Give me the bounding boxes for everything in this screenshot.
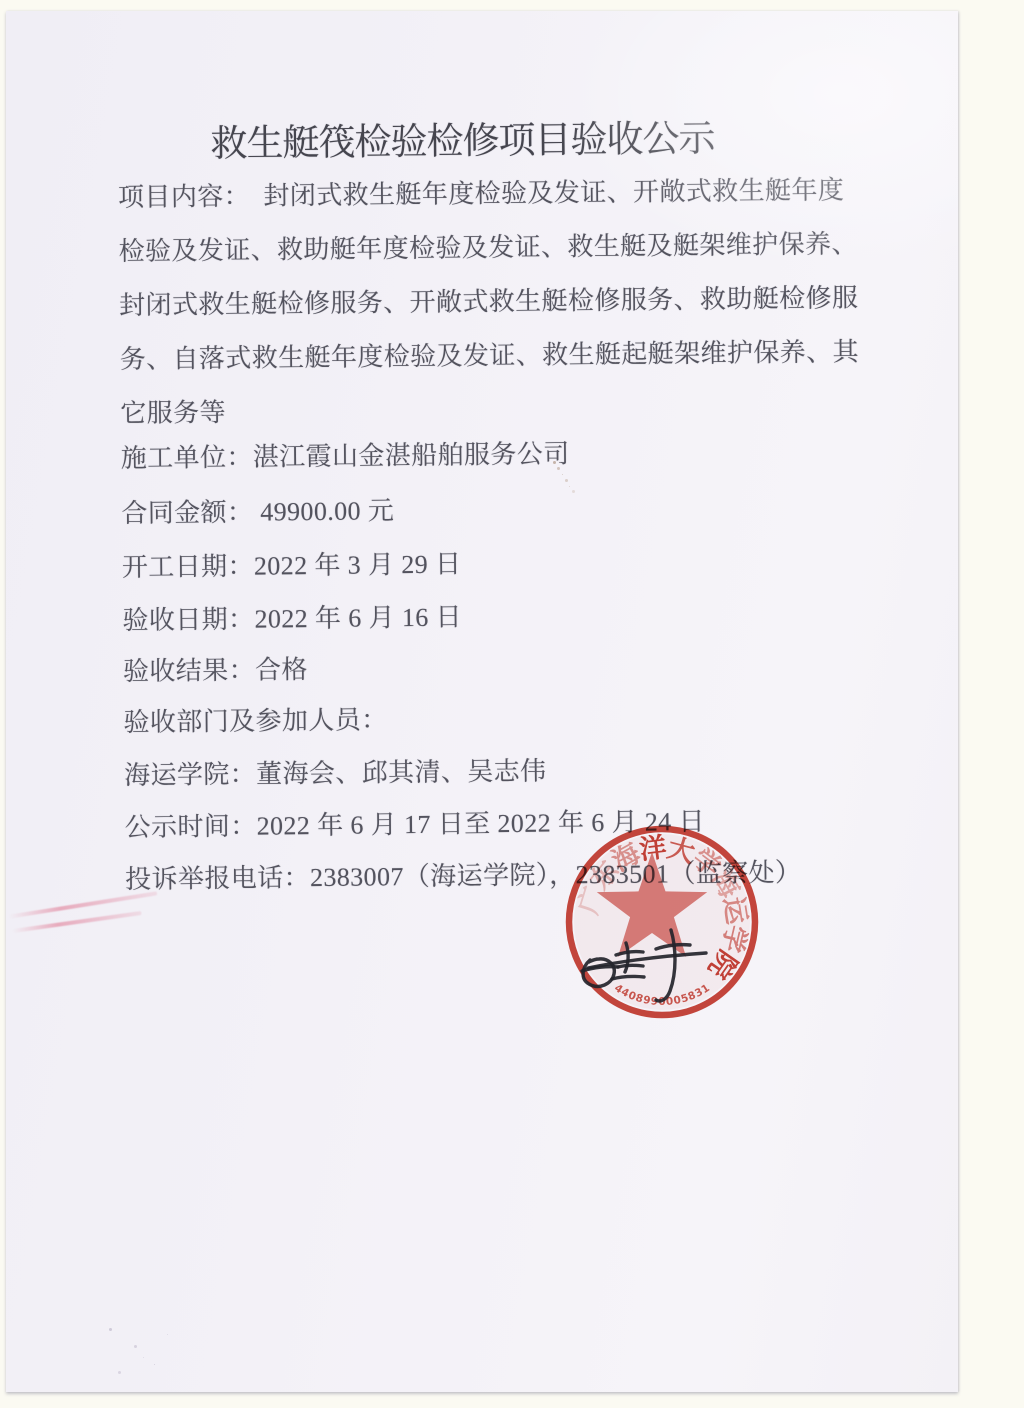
document-title: 救生艇筏检验检修项目验收公示 (210, 108, 715, 167)
notice-body: 救生艇筏检验检修项目验收公示 项目内容： 封闭式救生艇年度检验及发证、开敞式救生… (0, 2, 964, 1393)
ink-smudge (553, 461, 556, 464)
signature-stroke (618, 965, 643, 967)
field-acceptance-date: 验收日期：2022 年 6 月 16 日 (122, 596, 462, 637)
project-content-line-2: 检验及发证、救助艇年度检验及发证、救生艇及艇架维护保养、 (118, 223, 858, 268)
paper-page: 救生艇筏检验检修项目验收公示 项目内容： 封闭式救生艇年度检验及发证、开敞式救生… (6, 11, 958, 1392)
project-content-line-1: 项目内容： 封闭式救生艇年度检验及发证、开敞式救生艇年度 (118, 169, 845, 214)
project-content-line-4: 务、自落式救生艇年度检验及发证、救生艇起艇架维护保养、其 (120, 331, 860, 376)
signature-stroke (625, 943, 628, 972)
field-departments-label: 验收部门及参加人员： (123, 699, 387, 739)
paper-speckles (109, 1328, 112, 1331)
project-content-line-3: 封闭式救生艇检修服务、开敞式救生艇检修服务、救助艇检修服 (119, 277, 859, 322)
field-acceptance-result: 验收结果：合格 (123, 649, 308, 688)
signature-stroke (656, 930, 675, 1001)
field-participants: 海运学院：董海会、邱其清、吴志伟 (124, 751, 547, 792)
field-contractor: 施工单位：湛江霞山金湛船舶服务公司 (121, 433, 570, 475)
field-contract-amount: 合同金额： 49900.00 元 (121, 490, 394, 530)
handwritten-signature (552, 812, 772, 1032)
scanned-document: 救生艇筏检验检修项目验收公示 项目内容： 封闭式救生艇年度检验及发证、开敞式救生… (0, 0, 1024, 1408)
signature-stroke (612, 976, 644, 979)
project-content-line-5: 它服务等 (120, 392, 226, 430)
field-start-date: 开工日期：2022 年 3 月 29 日 (122, 543, 462, 584)
